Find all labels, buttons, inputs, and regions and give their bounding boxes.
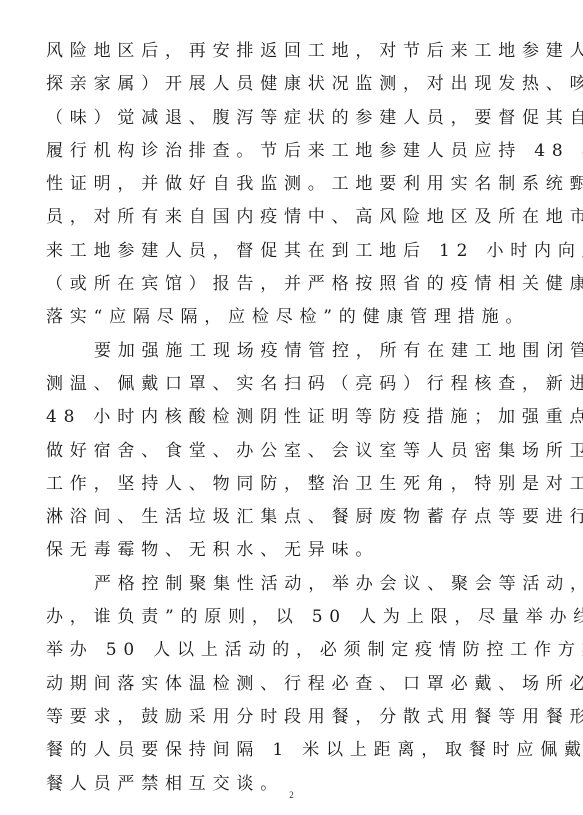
text-line: 举办 50 人以上活动的，必须制定疫情防控工作方案和应急预案，活 [46,634,535,667]
text-line: 严格控制聚集性活动，举办会议、聚会等活动，要按照“谁举 [46,568,535,601]
text-line: 性证明，并做好自我监测。工地要利用实名制系统甄别重点防控人 [46,168,535,201]
text-line: 来工地参建人员，督促其在到工地后 12 小时内向所在村委会和单位 [46,235,535,268]
text-line: 探亲家属）开展人员健康状况监测，对出现发热、咳嗽、咽痛、嗅 [46,68,535,101]
text-line: 要加强施工现场疫情管控，所有在建工地围闭管理，严格落实 [46,335,535,368]
text-line: （或所在宾馆）报告，并严格按照省的疫情相关健康工作指引要求 [46,268,535,301]
text-line: 员，对所有来自国内疫情中、高风险地区及所在地市（区、县）的 [46,201,535,234]
text-line: 办，谁负责”的原则，以 50 人为上限，尽量举办线上会议，如确需 [46,601,535,634]
text-line: （味）觉减退、腹泻等症状的参建人员，要督促其自我隔离，及时 [46,102,535,135]
text-line: 工作，坚持人、物同防，整治卫生死角，特别是对工地公共厕所、 [46,468,535,501]
text-line: 风险地区后，再安排返回工地，对节后来工地参建人员（含到工地 [46,35,535,68]
document-body: 风险地区后，再安排返回工地，对节后来工地参建人员（含到工地 探亲家属）开展人员健… [46,35,538,801]
text-line: 落实“应隔尽隔，应检尽检”的健康管理措施。 [46,301,535,334]
page-number: 2 [0,790,583,800]
text-line: 做好宿舍、食堂、办公室、会议室等人员密集场所卫生、通风消毒 [46,435,535,468]
text-line: 保无毒霉物、无积水、无异味。 [46,534,535,567]
text-line: 测温、佩戴口罩、实名扫码（亮码）行程核查，新进工地人员提供 [46,368,535,401]
text-line: 等要求，鼓励采用分时段用餐，分散式用餐等用餐形式，在食堂用 [46,701,535,734]
text-line: 48 小时内核酸检测阴性证明等防疫措施；加强重点区域定期消杀， [46,401,535,434]
text-line: 餐的人员要保持间隔 1 米以上距离，取餐时应佩戴口罩，同时，用 [46,734,535,767]
text-line: 淋浴间、生活垃圾汇集点、餐厨废物蓄存点等要进行重点整治，确 [46,501,535,534]
text-line: 履行机构诊治排查。节后来工地参建人员应持 48 小时内核酸检测阴 [46,135,535,168]
document-page: 风险地区后，再安排返回工地，对节后来工地参建人员（含到工地 探亲家属）开展人员健… [0,0,583,815]
paragraph-2: 要加强施工现场疫情管控，所有在建工地围闭管理，严格落实 测温、佩戴口罩、实名扫码… [46,335,538,568]
paragraph-3: 严格控制聚集性活动，举办会议、聚会等活动，要按照“谁举 办，谁负责”的原则，以 … [46,568,538,801]
text-line: 动期间落实体温检测、行程必查、口罩必戴、场所必消、突发必处 [46,668,535,701]
paragraph-1: 风险地区后，再安排返回工地，对节后来工地参建人员（含到工地 探亲家属）开展人员健… [46,35,538,335]
